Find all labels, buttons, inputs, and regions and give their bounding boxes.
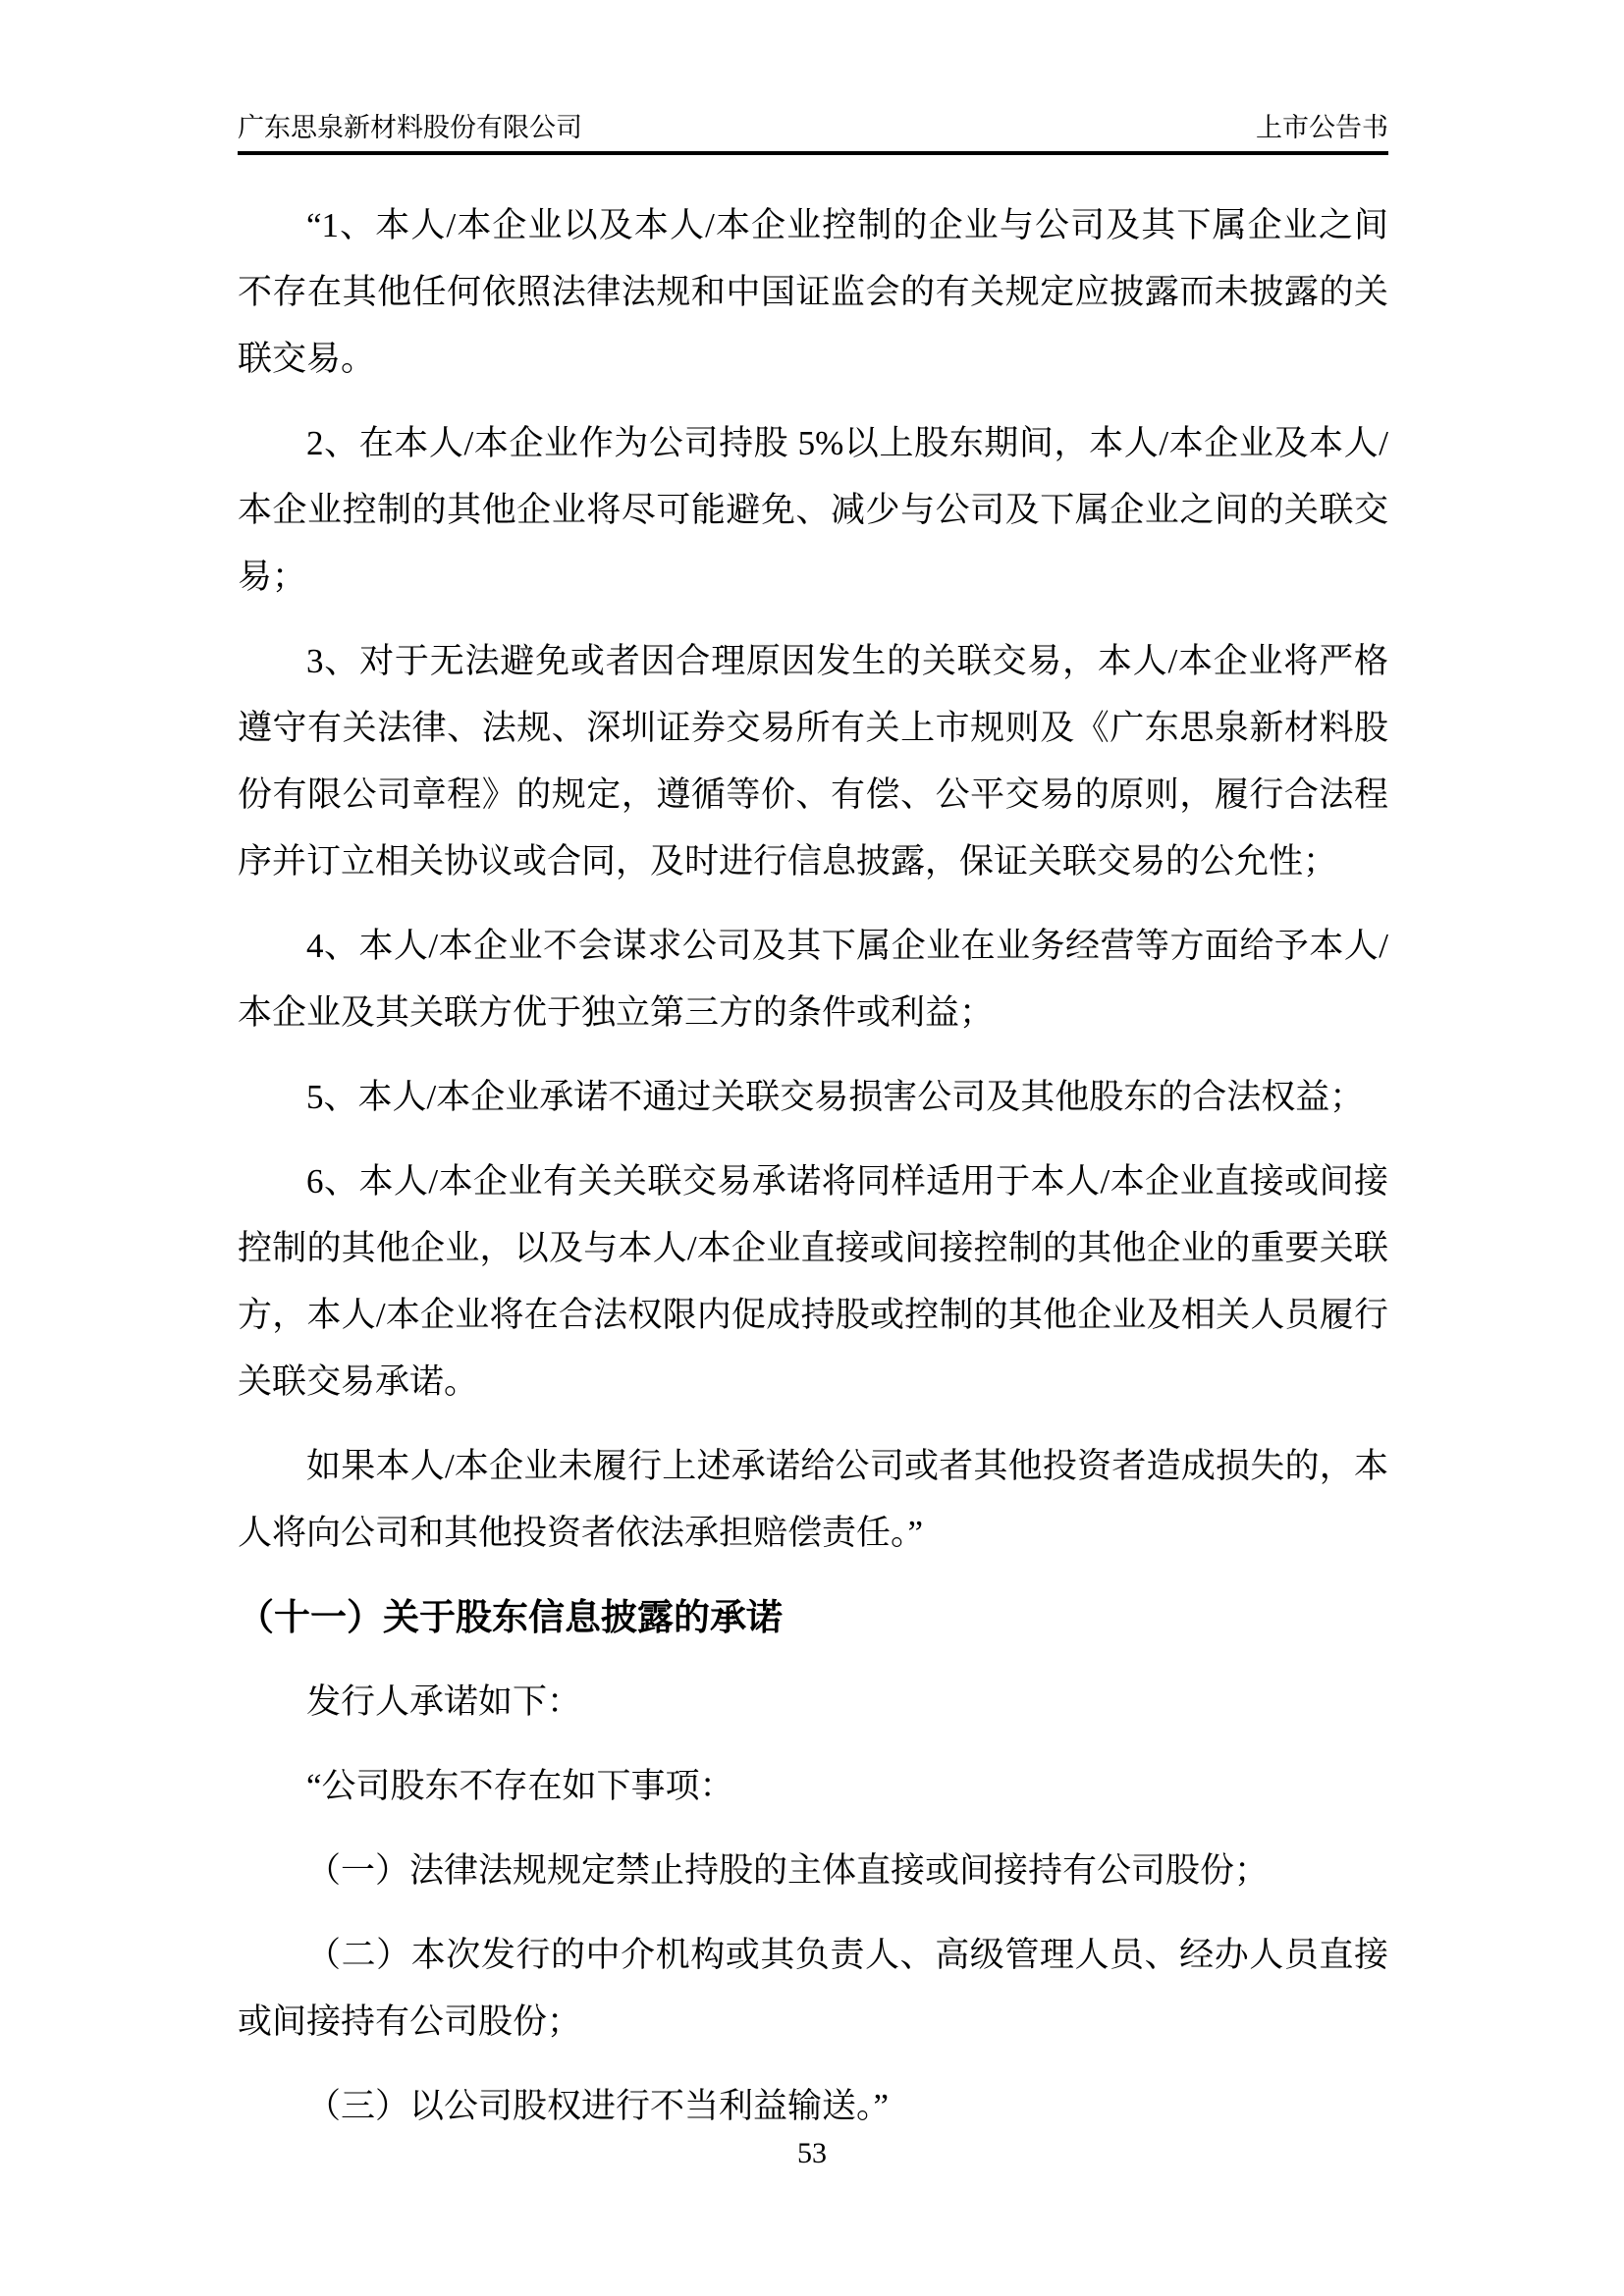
header-rule	[238, 151, 1388, 155]
paragraph-item-2: （二）本次发行的中介机构或其负责人、高级管理人员、经办人员直接或间接持有公司股份…	[238, 1922, 1388, 2056]
page-header: 广东思泉新材料股份有限公司 上市公告书	[238, 112, 1388, 143]
paragraph-commitment-3: 3、对于无法避免或者因合理原因发生的关联交易，本人/本企业将严格遵守有关法律、法…	[238, 628, 1388, 895]
header-company-name: 广东思泉新材料股份有限公司	[238, 112, 582, 143]
paragraph-commitment-5: 5、本人/本企业承诺不通过关联交易损害公司及其他股东的合法权益；	[238, 1064, 1388, 1131]
paragraph-item-1: （一）法律法规规定禁止持股的主体直接或间接持有公司股份；	[238, 1838, 1388, 1904]
paragraph-commitment-6: 6、本人/本企业有关关联交易承诺将同样适用于本人/本企业直接或间接控制的其他企业…	[238, 1148, 1388, 1415]
paragraph-issuer-commitment-intro: 发行人承诺如下：	[238, 1669, 1388, 1735]
document-page: 广东思泉新材料股份有限公司 上市公告书 “1、本人/本企业以及本人/本企业控制的…	[0, 0, 1624, 2296]
paragraph-item-3: （三）以公司股权进行不当利益输送。”	[238, 2073, 1388, 2140]
header-doc-type: 上市公告书	[1256, 112, 1388, 143]
page-number: 53	[0, 2136, 1624, 2171]
document-body: “1、本人/本企业以及本人/本企业控制的企业与公司及其下属企业之间不存在其他任何…	[238, 192, 1388, 2158]
paragraph-compensation: 如果本人/本企业未履行上述承诺给公司或者其他投资者造成损失的，本人将向公司和其他…	[238, 1433, 1388, 1567]
paragraph-commitment-4: 4、本人/本企业不会谋求公司及其下属企业在业务经营等方面给予本人/本企业及其关联…	[238, 913, 1388, 1046]
section-heading-shareholder-disclosure: （十一）关于股东信息披露的承诺	[238, 1584, 1388, 1651]
paragraph-no-matters-intro: “公司股东不存在如下事项：	[238, 1753, 1388, 1820]
paragraph-commitment-2: 2、在本人/本企业作为公司持股 5%以上股东期间，本人/本企业及本人/本企业控制…	[238, 410, 1388, 611]
paragraph-commitment-1: “1、本人/本企业以及本人/本企业控制的企业与公司及其下属企业之间不存在其他任何…	[238, 192, 1388, 393]
